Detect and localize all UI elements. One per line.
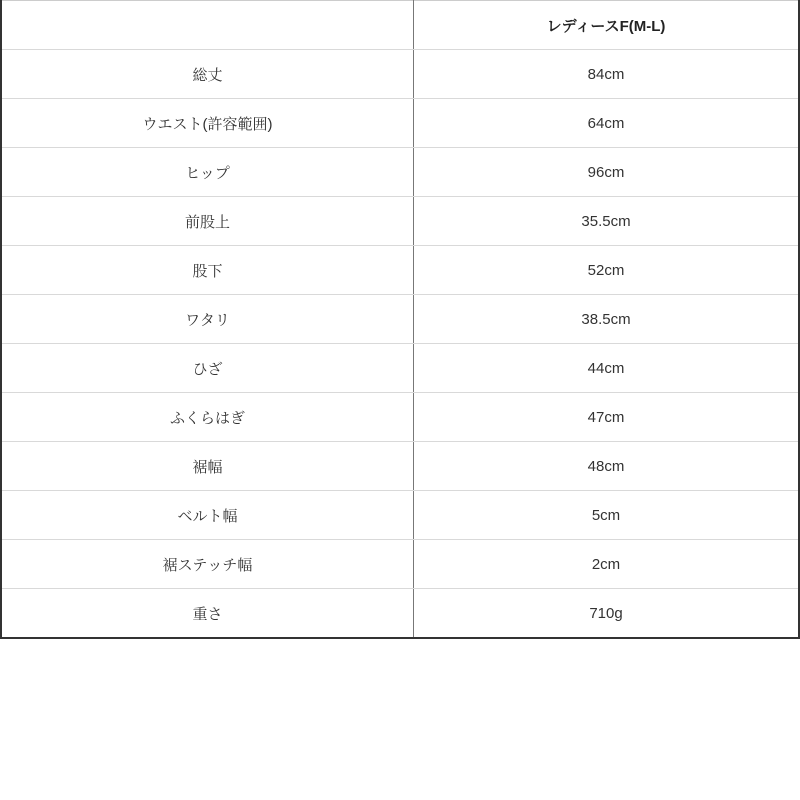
row-value: 96cm [414,148,800,197]
table-row: ヒップ96cm [1,148,799,197]
table-row: ふくらはぎ47cm [1,393,799,442]
row-value: 38.5cm [414,295,800,344]
header-size-cell: レディースF(M-L) [414,1,800,50]
table-row: 股下52cm [1,246,799,295]
row-label: 重さ [1,589,414,639]
row-label: 総丈 [1,50,414,99]
row-value: 47cm [414,393,800,442]
table-row: 前股上35.5cm [1,197,799,246]
table-row: 重さ710g [1,589,799,639]
table-row: ひざ44cm [1,344,799,393]
header-label-cell [1,1,414,50]
row-value: 5cm [414,491,800,540]
row-value: 2cm [414,540,800,589]
row-label: ワタリ [1,295,414,344]
table-row: ベルト幅5cm [1,491,799,540]
row-value: 35.5cm [414,197,800,246]
row-label: ベルト幅 [1,491,414,540]
row-value: 710g [414,589,800,639]
row-label: ヒップ [1,148,414,197]
table-row: 裾幅48cm [1,442,799,491]
row-label: 前股上 [1,197,414,246]
size-chart-table: レディースF(M-L) 総丈84cm ウエスト(許容範囲)64cm ヒップ96c… [0,0,800,639]
table-row: ワタリ38.5cm [1,295,799,344]
row-label: ひざ [1,344,414,393]
row-value: 44cm [414,344,800,393]
row-label: 裾ステッチ幅 [1,540,414,589]
table-header-row: レディースF(M-L) [1,1,799,50]
row-value: 64cm [414,99,800,148]
table-row: 総丈84cm [1,50,799,99]
table-row: ウエスト(許容範囲)64cm [1,99,799,148]
row-label: ふくらはぎ [1,393,414,442]
row-value: 48cm [414,442,800,491]
row-label: 裾幅 [1,442,414,491]
row-value: 52cm [414,246,800,295]
row-label: 股下 [1,246,414,295]
row-label: ウエスト(許容範囲) [1,99,414,148]
row-value: 84cm [414,50,800,99]
table-row: 裾ステッチ幅2cm [1,540,799,589]
